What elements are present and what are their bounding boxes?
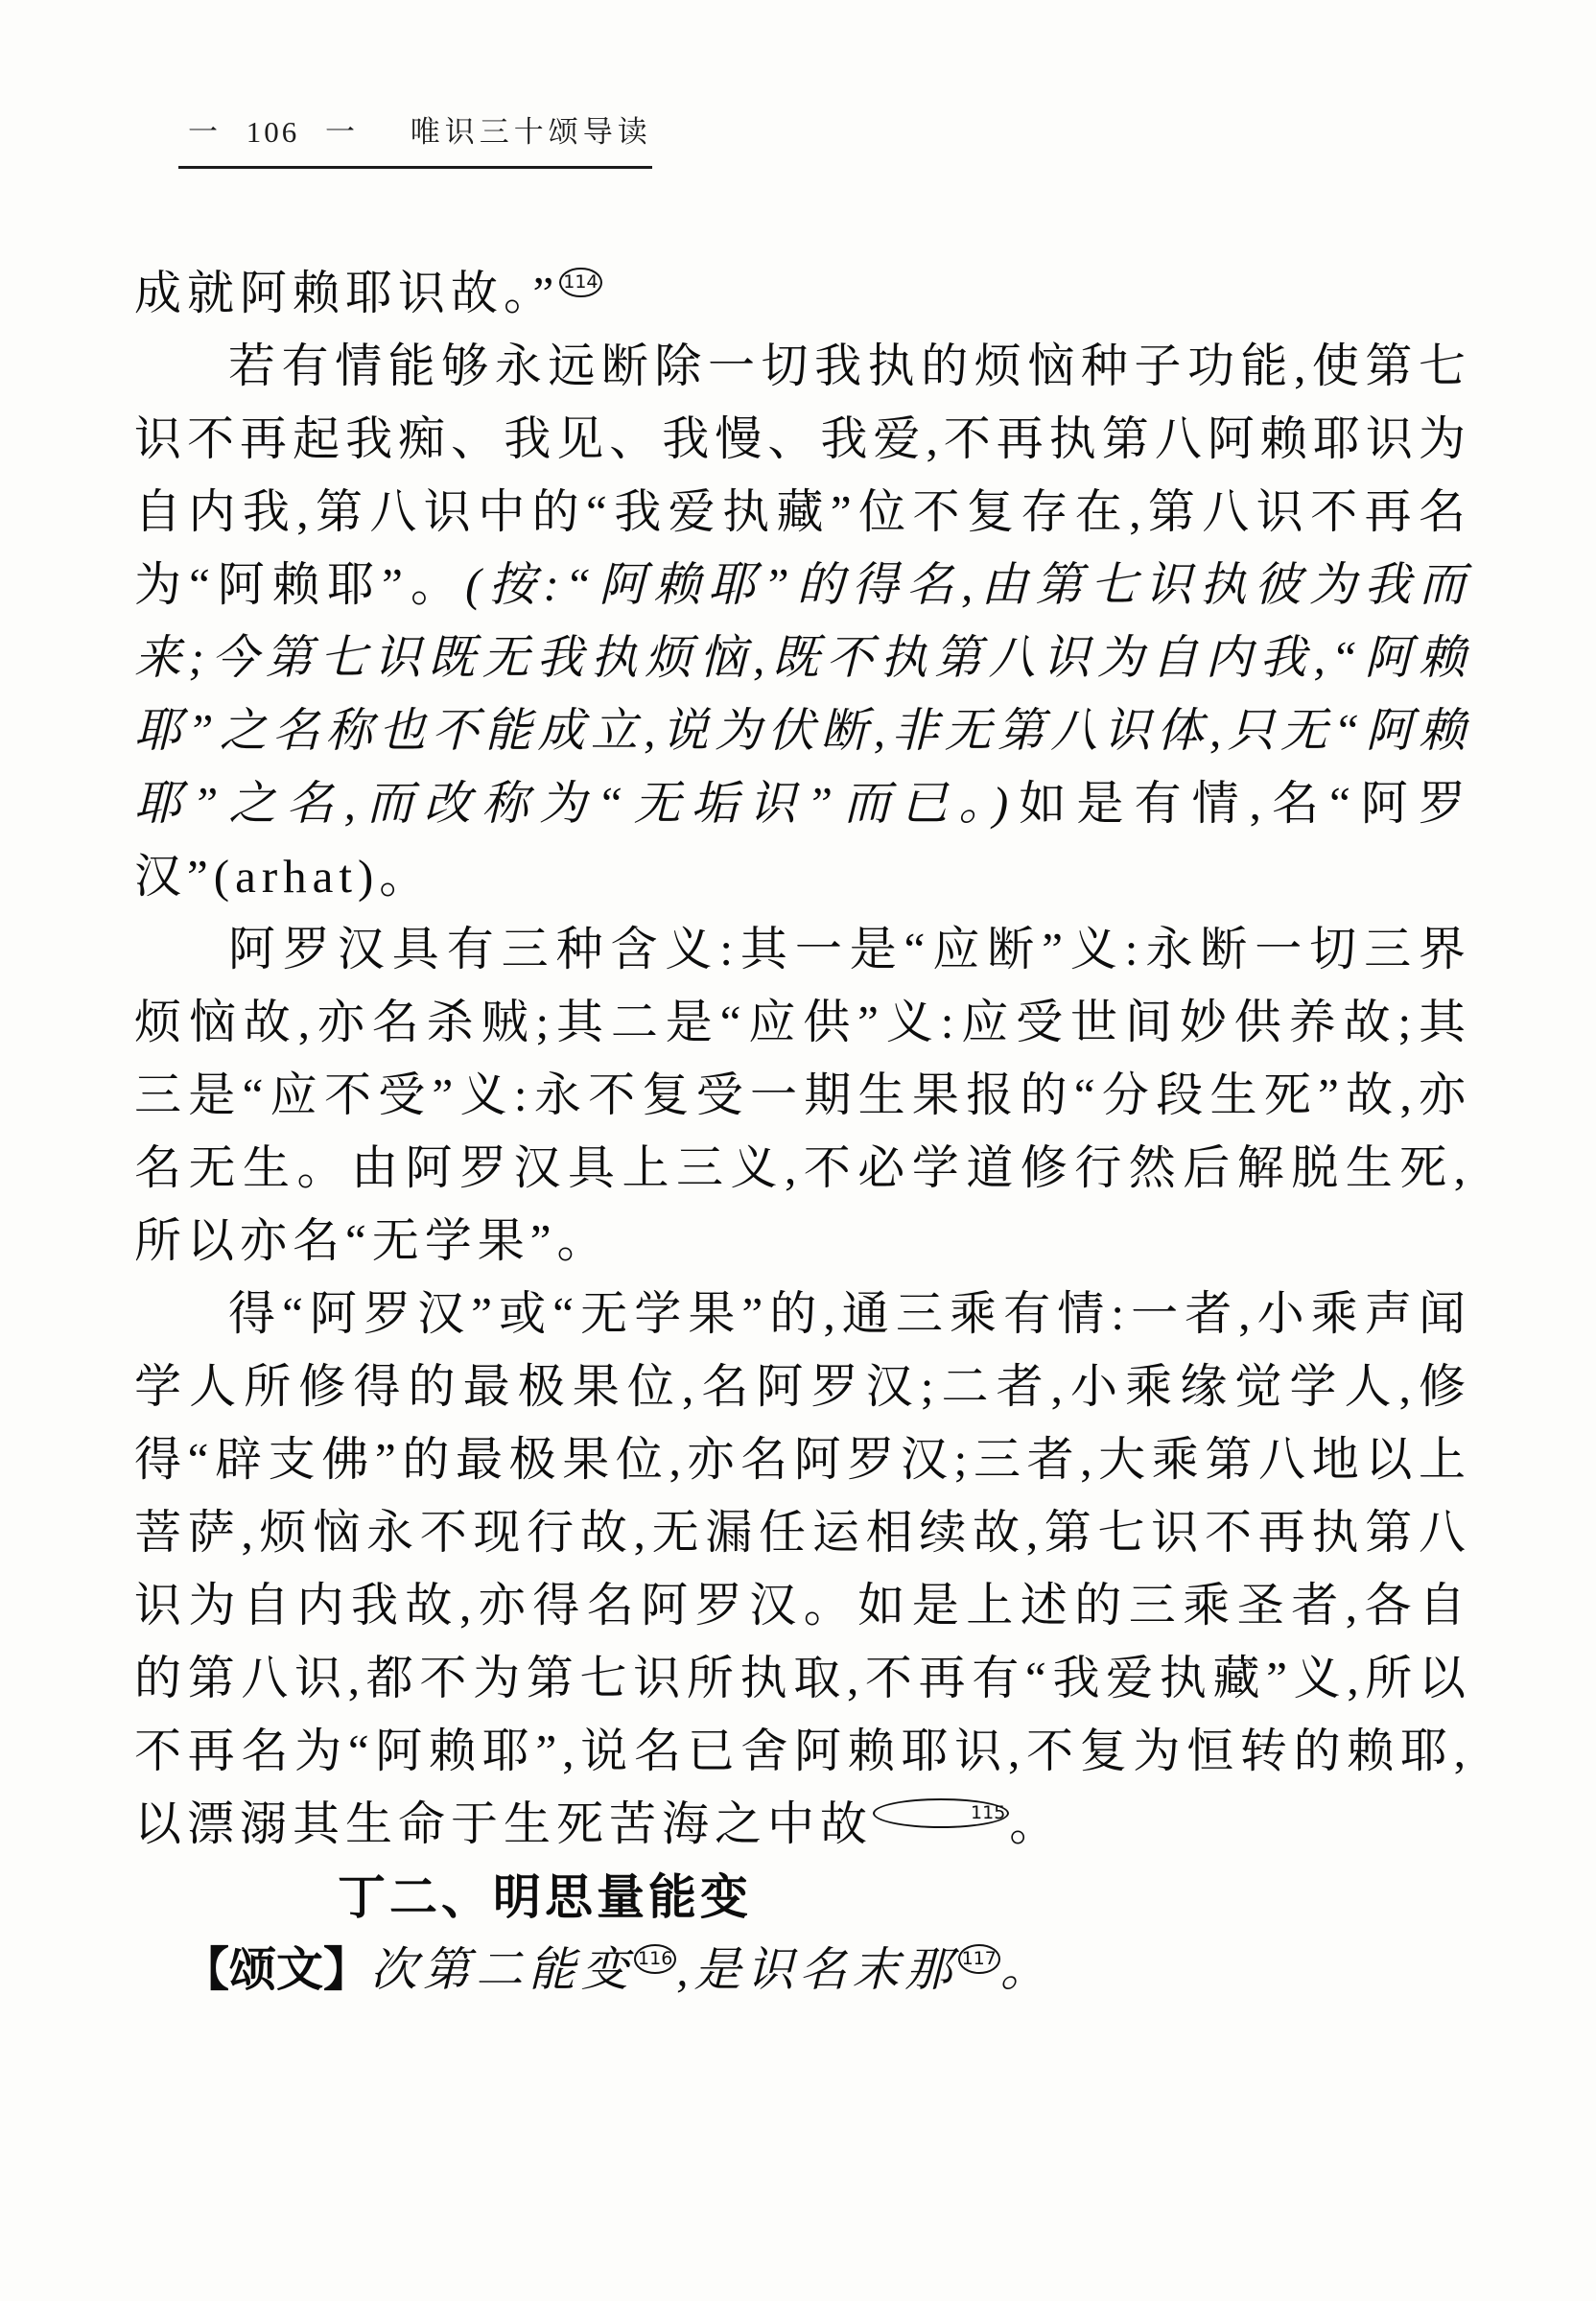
footnote-marker-116: 116 xyxy=(634,1944,676,1974)
paragraph-1-text: 成就阿赖耶识故。” xyxy=(134,267,559,319)
page-number: 106 xyxy=(246,115,300,149)
footnote-marker-114: 114 xyxy=(559,268,601,297)
footnote-marker-115: 115 xyxy=(873,1798,1009,1828)
paragraph-1: 成就阿赖耶识故。”114 xyxy=(134,257,1471,330)
scanned-book-page: 一 106 一 唯识三十颂导读 成就阿赖耶识故。”114 若有情能够永远断除一切… xyxy=(0,0,1596,2301)
running-head: 一 106 一 唯识三十颂导读 xyxy=(178,107,652,169)
book-title: 唯识三十颂导读 xyxy=(411,115,652,149)
paragraph-3: 阿罗汉具有三种含义:其一是“应断”义:永断一切三界烦恼故,亦名杀贼;其二是“应供… xyxy=(134,913,1471,1278)
verse-text-2: ,是识名末那 xyxy=(676,1943,957,1996)
header-dash-left: 一 xyxy=(188,115,221,149)
paragraph-4-text: 得“阿罗汉”或“无学果”的,通三乘有情:一者,小乘声闻学人所修得的最极果位,名阿… xyxy=(134,1287,1471,1850)
header-dash-right: 一 xyxy=(325,115,358,149)
page-body: 成就阿赖耶识故。”114 若有情能够永远断除一切我执的烦恼种子功能,使第七识不再… xyxy=(134,257,1471,2007)
verse-label: 【颂文】 xyxy=(182,1943,370,1996)
verse-text-1: 次第二能变 xyxy=(370,1943,634,1996)
paragraph-2: 若有情能够永远断除一切我执的烦恼种子功能,使第七识不再起我痴、我见、我慢、我爱,… xyxy=(134,330,1471,913)
section-heading: 丁二、明思量能变 xyxy=(134,1861,1471,1934)
verse-period: 。 xyxy=(1000,1943,1053,1996)
paragraph-3-text: 阿罗汉具有三种含义:其一是“应断”义:永断一切三界烦恼故,亦名杀贼;其二是“应供… xyxy=(134,923,1471,1267)
paragraph-4-period: 。 xyxy=(1009,1797,1062,1850)
verse-line: 【颂文】次第二能变116,是识名末那117。 xyxy=(134,1934,1471,2007)
footnote-marker-117: 117 xyxy=(958,1944,1000,1974)
paragraph-4: 得“阿罗汉”或“无学果”的,通三乘有情:一者,小乘声闻学人所修得的最极果位,名阿… xyxy=(134,1278,1471,1861)
